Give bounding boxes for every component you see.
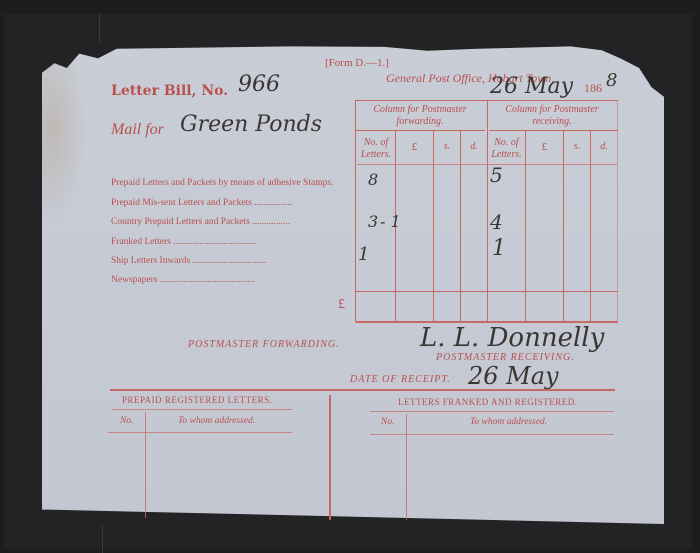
col-header-fwd-pence: d.	[461, 141, 487, 152]
group-header-line	[355, 130, 485, 131]
rcv-no-country: 4	[490, 210, 503, 234]
rcv-no-adhesive: 5	[490, 163, 503, 187]
mat-edge	[102, 525, 103, 553]
mail-for-label: Mail for	[111, 121, 164, 139]
fwd-no-adhesive: 8	[368, 170, 378, 189]
col-header-fwd-no: No. of Letters.	[357, 137, 395, 161]
col-divider	[590, 131, 591, 322]
group-forwarding-header: Column for Postmaster forwarding.	[370, 104, 470, 128]
left-col-no: No.	[120, 416, 133, 426]
letter-bill-label: Letter Bill, No.	[111, 83, 228, 99]
table-mid-divider	[487, 100, 488, 322]
year-prefix: 186	[584, 81, 602, 96]
date-handwritten: 26 May	[490, 74, 573, 99]
mat-edge	[99, 14, 100, 44]
prepaid-registered-title: PREPAID REGISTERED LETTERS.	[122, 395, 272, 405]
right-col-divider	[406, 414, 407, 520]
header-bottom-line	[357, 164, 617, 165]
franked-registered-title: LETTERS FRANKED AND REGISTERED.	[398, 397, 578, 407]
col-header-rcv-shillings: s.	[564, 141, 590, 152]
fwd-no-country: 3	[368, 212, 378, 231]
group-header-line	[489, 130, 618, 131]
row-label-missent: Prepaid Mis-sent Letters and Packets ...…	[111, 198, 292, 208]
row-label-adhesive-stamps: Prepaid Letters and Packets by means of …	[111, 178, 333, 188]
row-label-franked: Franked Letters ........................…	[111, 237, 256, 247]
col-header-rcv-pounds: £	[526, 141, 563, 153]
right-col-no: No.	[381, 417, 394, 427]
form-code: [Form D.—1.]	[325, 57, 389, 69]
table-left-border	[355, 100, 356, 322]
registered-mid-divider	[329, 395, 331, 520]
year-suffix-handwritten: 8	[606, 70, 617, 91]
col-header-rcv-pence: d.	[591, 141, 617, 152]
right-title-underline	[370, 411, 614, 412]
registered-top-border	[110, 389, 615, 391]
paper-stain	[42, 64, 87, 224]
left-title-underline	[112, 409, 292, 410]
date-of-receipt-label: DATE OF RECEIPT.	[350, 374, 451, 385]
postmaster-signature: L. L. Donnelly	[420, 323, 604, 353]
fwd-pounds-country: - 1	[380, 212, 401, 231]
col-header-fwd-pounds: £	[396, 141, 433, 153]
row-label-country-prepaid: Country Prepaid Letters and Packets ....…	[111, 217, 290, 227]
col-divider	[433, 131, 434, 322]
col-header-rcv-no: No. of Letters.	[488, 137, 525, 161]
fwd-no-ship: 1	[358, 244, 369, 265]
receipt-date-handwritten: 26 May	[468, 362, 559, 390]
totals-pound-sign: £	[338, 297, 345, 313]
rcv-no-franked: 1	[492, 236, 506, 261]
col-divider	[563, 131, 564, 322]
totals-line	[356, 291, 618, 292]
left-col-divider	[145, 412, 146, 518]
mail-for-handwritten: Green Ponds	[180, 112, 322, 137]
postmaster-forwarding-label: POSTMASTER FORWARDING.	[188, 339, 340, 350]
group-receiving-header: Column for Postmaster receiving.	[502, 104, 602, 128]
row-label-ship-letters: Ship Letters Inwards ...................…	[111, 256, 266, 266]
right-col-addressed: To whom addressed.	[470, 417, 547, 427]
table-right-border	[617, 100, 618, 322]
col-divider	[460, 131, 461, 322]
row-label-newspapers: Newspapers .............................…	[111, 275, 255, 285]
left-col-addressed: To whom addressed.	[178, 416, 255, 426]
col-header-fwd-shillings: s.	[434, 141, 460, 152]
bill-number-handwritten: 966	[238, 72, 280, 97]
col-divider	[525, 131, 526, 322]
left-header-bottom-line	[108, 432, 292, 433]
